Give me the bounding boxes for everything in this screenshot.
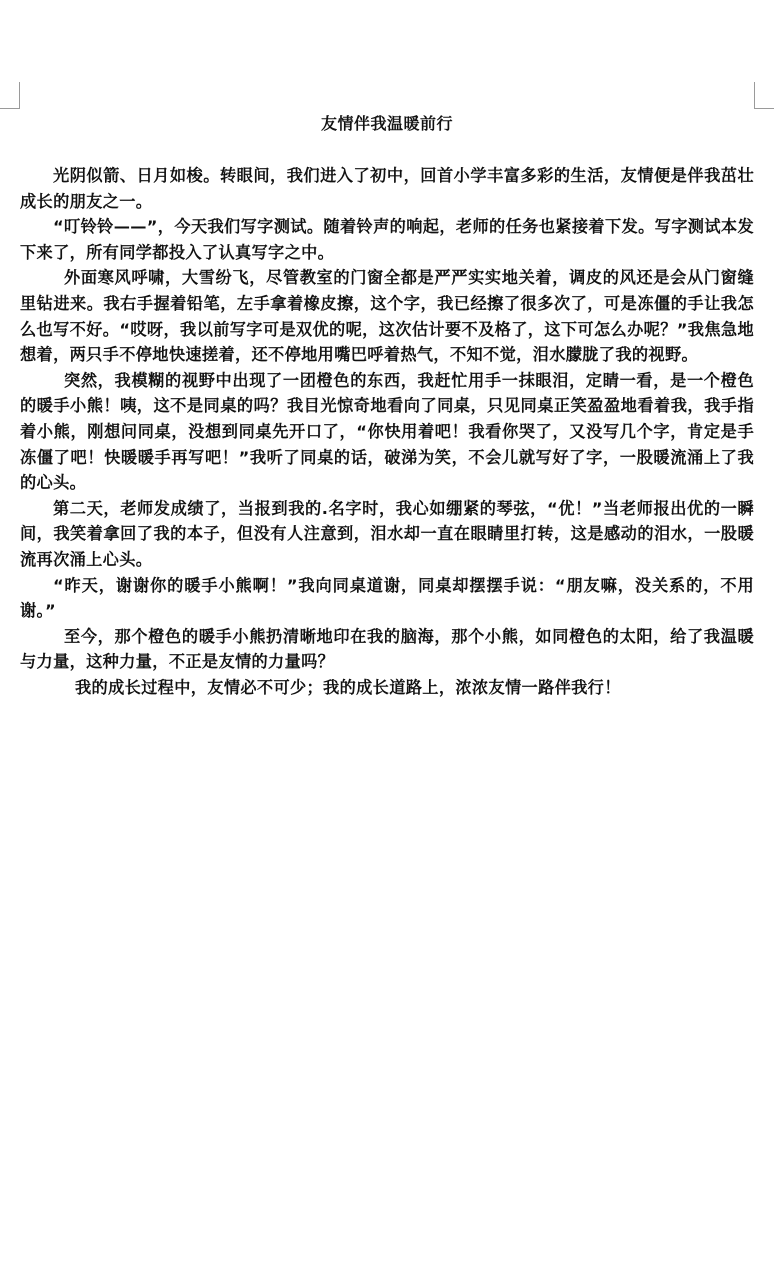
paragraph-8: 我的成长过程中，友情必不可少；我的成长道路上，浓浓友情一路伴我行！ xyxy=(20,675,754,701)
document-body: 光阴似箭、日月如梭。转眼间，我们进入了初中，回首小学丰富多彩的生活，友情便是伴我… xyxy=(20,163,754,700)
paragraph-5: 第二天，老师发成绩了，当报到我的.名字时，我心如绷紧的琴弦，“优！”当老师报出优… xyxy=(20,496,754,573)
document-title: 友情伴我温暖前行 xyxy=(0,111,774,134)
paragraph-6: “昨天，谢谢你的暖手小熊啊！”我向同桌道谢，同桌却摆摆手说：“朋友嘛，没关系的，… xyxy=(20,573,754,624)
paragraph-3: 外面寒风呼啸，大雪纷飞，尽管教室的门窗全都是严严实实地关着，调皮的风还是会从门窗… xyxy=(20,265,754,367)
paragraph-7: 至今，那个橙色的暖手小熊扔清晰地印在我的脑海，那个小熊，如同橙色的太阳，给了我温… xyxy=(20,624,754,675)
paragraph-2: “叮铃铃——”，今天我们写字测试。随着铃声的响起，老师的任务也紧接着下发。写字测… xyxy=(20,214,754,265)
paragraph-1: 光阴似箭、日月如梭。转眼间，我们进入了初中，回首小学丰富多彩的生活，友情便是伴我… xyxy=(20,163,754,214)
paragraph-4: 突然，我模糊的视野中出现了一团橙色的东西，我赶忙用手一抹眼泪，定睛一看，是一个橙… xyxy=(20,368,754,496)
page-corner-mark-left xyxy=(0,82,20,109)
page-corner-mark-right xyxy=(754,82,774,109)
